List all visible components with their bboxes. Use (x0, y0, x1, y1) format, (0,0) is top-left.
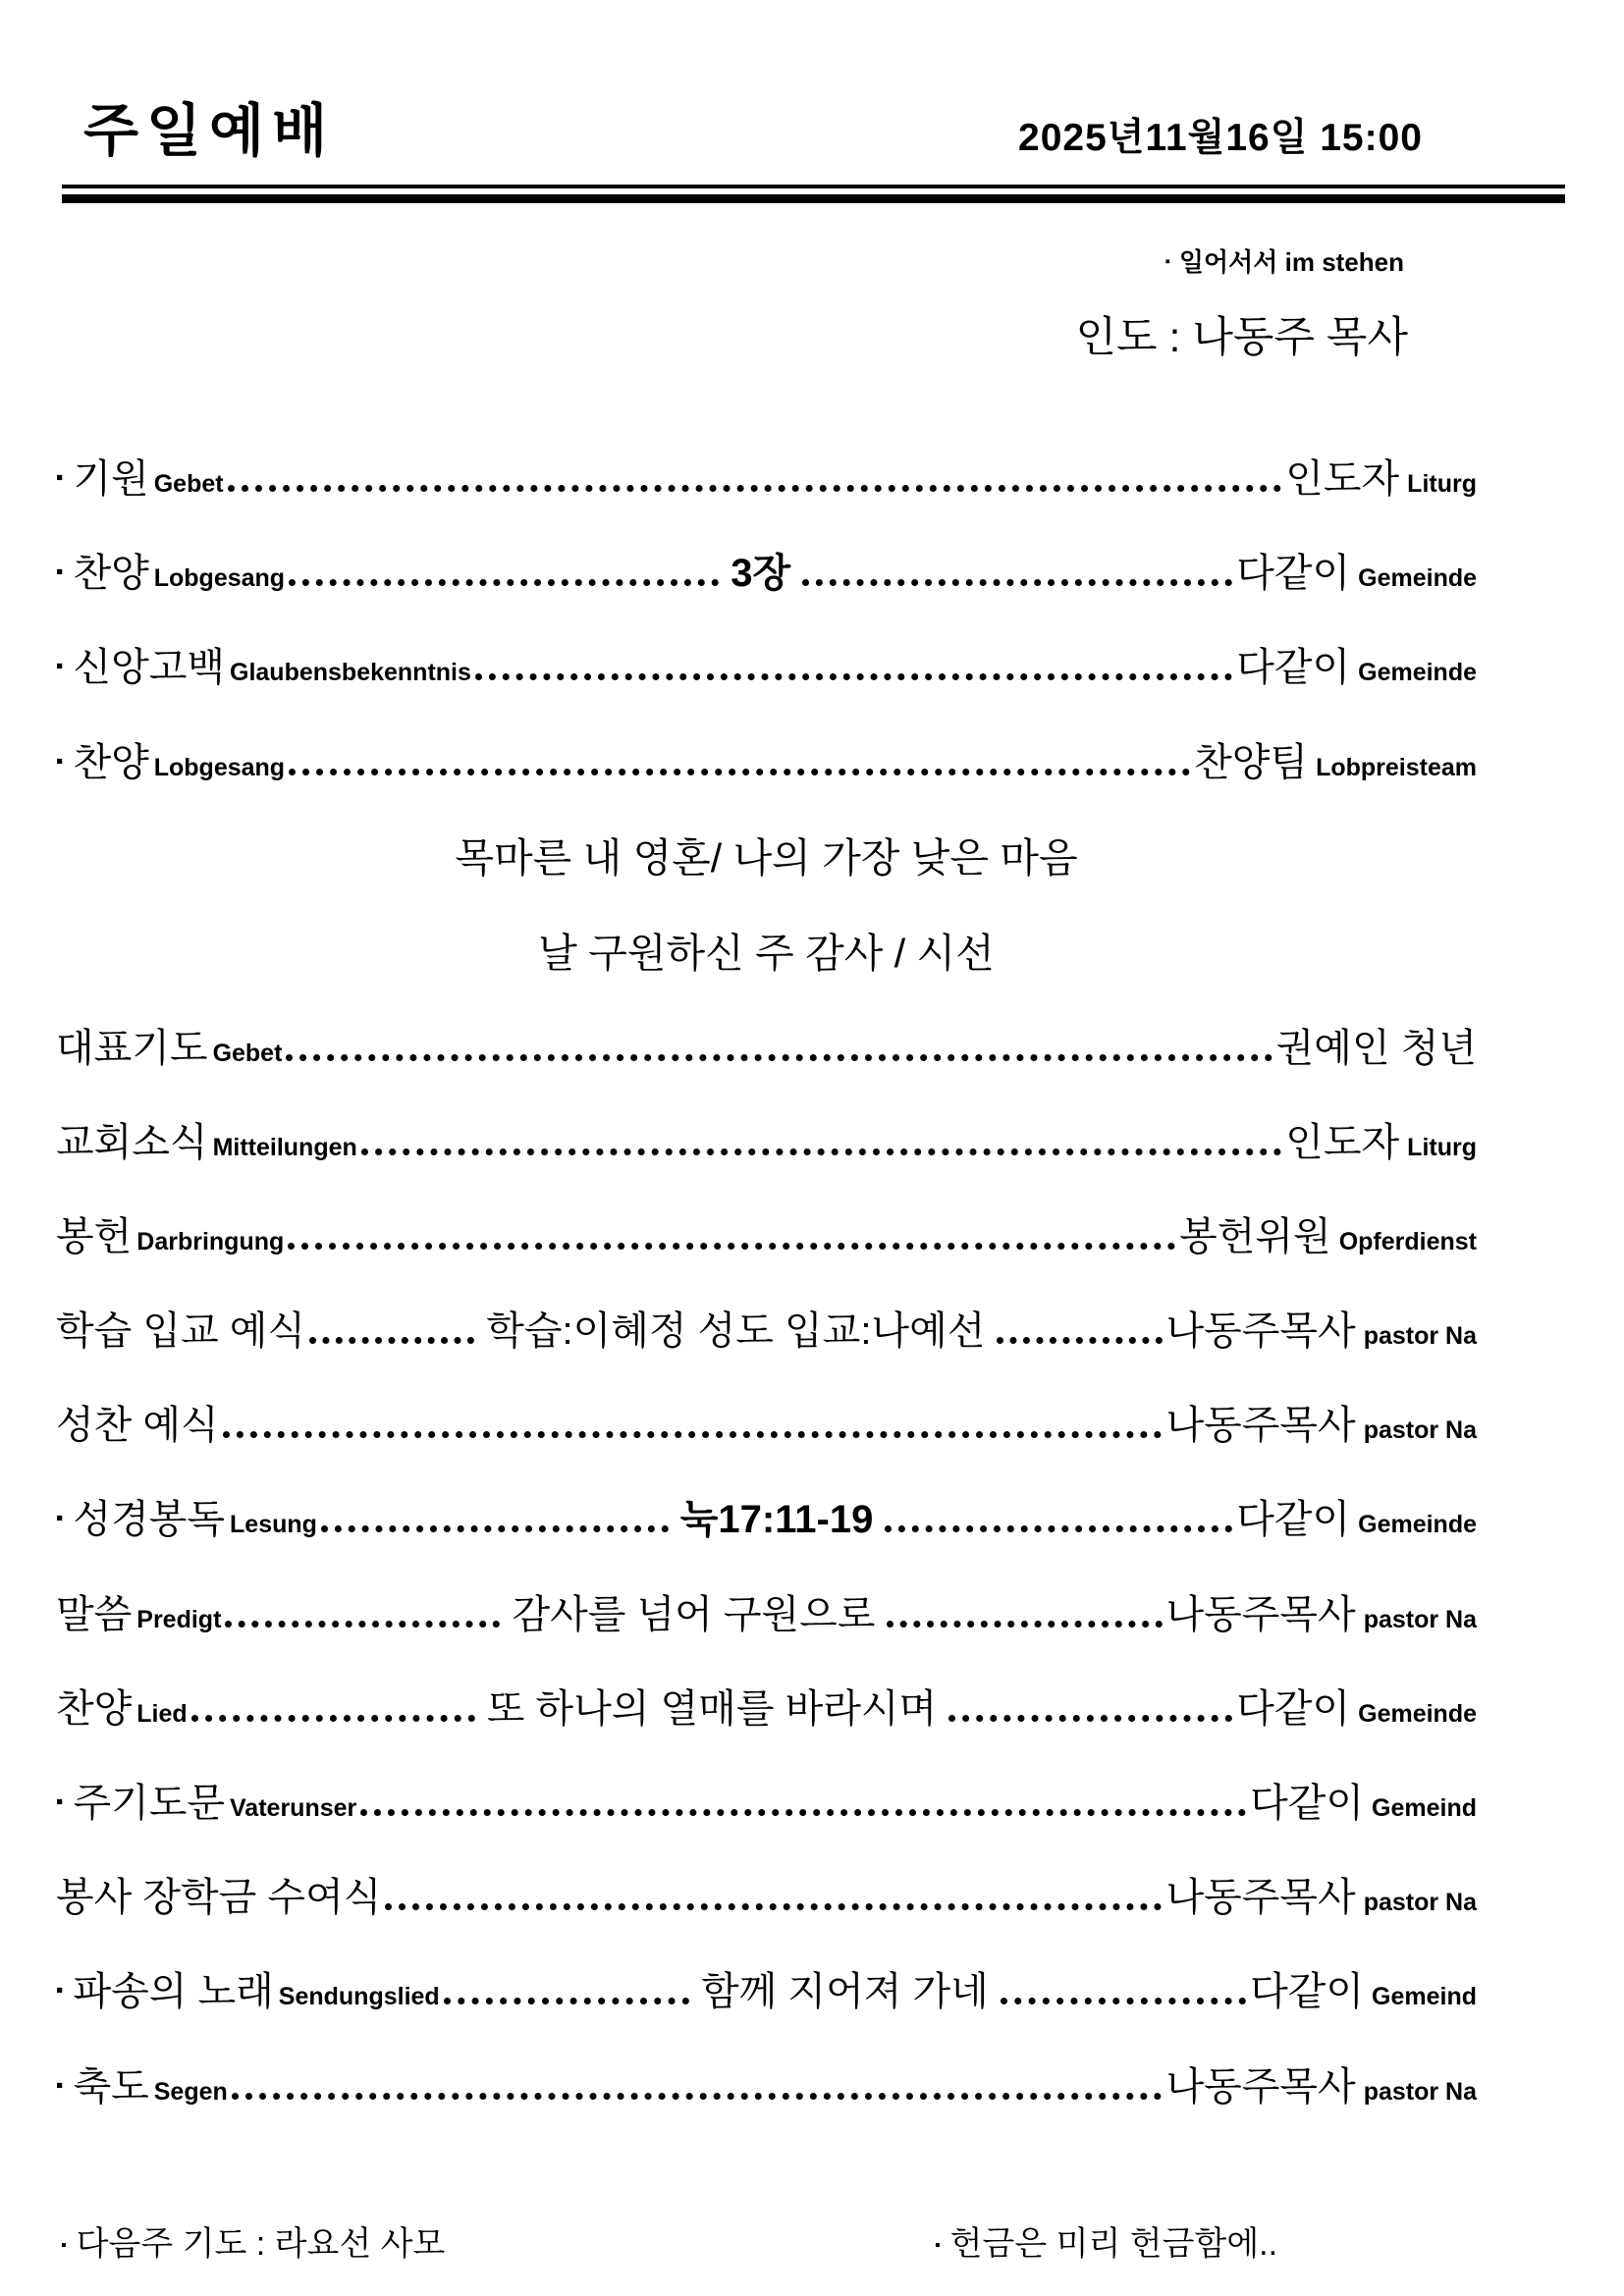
service-row: ▪ 신앙고백Glaubensbekenntnis 다같이Gemeinde (56, 645, 1477, 691)
item-label-korean: 교회소식 (56, 1121, 208, 1164)
item-performer: 찬양팀Lobpreisteam (1194, 740, 1477, 786)
bullet-square-icon: ▪ (56, 655, 63, 679)
dotted-leader (289, 769, 1190, 775)
dotted-leader (802, 579, 1232, 586)
service-row: ▪ 성경봉독Lesung 눅17:11-19 다같이Gemeinde (56, 1497, 1477, 1543)
next-week-prayer-text: 다음주 기도 : 라요선 사모 (77, 2225, 446, 2263)
item-performer: 다같이Gemeind (1250, 1969, 1477, 2015)
service-row: 대표기도Gebet 권예인 청년 (56, 1026, 1477, 1072)
item-label-korean: 성경봉독 (73, 1498, 225, 1541)
dotted-leader (223, 1431, 1163, 1438)
item-center-text: 학습:이혜정 성도 입교:나예선 (486, 1308, 985, 1355)
header: 주일예배 2025년11월16일 15:00 (0, 0, 1624, 167)
item-label-german: Segen (154, 2078, 228, 2106)
standing-note: ▪일어서서 im stehen (0, 242, 1624, 279)
service-leader-line: 인도 : 나동주 목사 (0, 304, 1624, 364)
performer-german: pastor Na (1364, 1606, 1477, 1633)
item-label-korean: 기원 (73, 457, 148, 501)
item-performer: 나동주목사pastor Na (1165, 2064, 1477, 2110)
performer-korean: 봉헌위원 (1179, 1215, 1331, 1258)
dotted-leader (887, 1621, 1162, 1628)
item-performer: 다같이Gemeind (1250, 1781, 1477, 1827)
bullet-square-icon: ▪ (935, 2237, 941, 2254)
performer-german: Gemeind (1372, 1983, 1477, 2010)
item-label-german: Gebet (154, 470, 224, 498)
item-label-german: Sendungslied (279, 1983, 440, 2010)
dotted-leader (286, 1054, 1272, 1061)
performer-german: Gemeinde (1358, 1511, 1477, 1538)
performer-german: pastor Na (1364, 1322, 1477, 1350)
item-label: 기원Gebet (73, 456, 223, 503)
dotted-leader (191, 1715, 475, 1722)
dotted-leader (321, 1525, 669, 1532)
performer-korean: 권예인 청년 (1276, 1027, 1477, 1070)
item-label-german: Glaubensbekenntnis (230, 659, 471, 686)
performer-german: Opferdienst (1339, 1228, 1477, 1255)
service-row: 교회소식Mitteilungen 인도자Liturg (56, 1120, 1477, 1166)
item-label-german: Darbringung (136, 1228, 284, 1255)
service-row: ▪ 주기도문Vaterunser 다같이Gemeind (56, 1781, 1477, 1827)
item-label-korean: 말씀 (56, 1593, 132, 1636)
performer-korean: 다같이 (1236, 552, 1350, 595)
performer-german: Liturg (1407, 470, 1477, 498)
bullet-square-icon: ▪ (56, 561, 63, 585)
item-label-korean: 찬양 (56, 1687, 132, 1731)
dotted-leader (309, 1337, 474, 1344)
song-title-line: 목마른 내 영혼/ 나의 가장 낮은 마음 (56, 834, 1477, 881)
item-label: 성경봉독Lesung (73, 1497, 316, 1543)
performer-korean: 나동주목사 (1165, 2065, 1355, 2109)
performer-german: pastor Na (1364, 1889, 1477, 1916)
header-double-rule (62, 185, 1565, 203)
dotted-leader (997, 1337, 1162, 1344)
item-label-korean: 찬양 (73, 552, 148, 595)
item-label-korean: 봉헌 (56, 1215, 132, 1258)
item-label-german: Lobgesang (154, 564, 285, 592)
bullet-square-icon: ▪ (56, 1979, 63, 2003)
item-label-korean: 신앙고백 (73, 646, 225, 689)
item-label: 봉사 장학금 수여식 (56, 1875, 381, 1921)
offering-note-text: 헌금은 미리 헌금함에.. (950, 2225, 1277, 2263)
bullet-square-icon: ▪ (56, 2074, 63, 2099)
bullet-square-icon: ▪ (56, 1507, 63, 1531)
item-performer: 나동주목사pastor Na (1165, 1875, 1477, 1921)
item-label: 파송의 노래Sendungslied (73, 1969, 439, 2015)
performer-german: Gemeinde (1358, 659, 1477, 686)
item-label-korean: 축도 (73, 2065, 148, 2109)
item-center-text: 함께 지어져 가네 (701, 1969, 989, 2015)
dotted-leader (444, 1998, 689, 2004)
dotted-leader (885, 1525, 1232, 1532)
performer-german: Gemeind (1372, 1794, 1477, 1822)
item-label-korean: 봉사 장학금 수여식 (56, 1876, 381, 1919)
service-row: 찬양Lied 또 하나의 열매를 바라시며 다같이Gemeinde (56, 1686, 1477, 1733)
bullet-square-icon: ▪ (56, 750, 63, 774)
item-label: 학습 입교 예식 (56, 1308, 305, 1355)
dotted-leader (225, 1621, 500, 1628)
item-label: 대표기도Gebet (56, 1026, 282, 1072)
performer-german: Gemeinde (1358, 1700, 1477, 1728)
performer-korean: 나동주목사 (1166, 1593, 1356, 1636)
performer-korean: 인도자 (1285, 1121, 1399, 1164)
item-performer: 인도자Liturg (1285, 1120, 1477, 1166)
item-center-text: 또 하나의 열매를 바라시며 (487, 1686, 937, 1733)
item-label-german: Vaterunser (230, 1794, 356, 1822)
service-row: ▪ 기원Gebet 인도자Liturg (56, 456, 1477, 503)
item-label: 축도Segen (73, 2064, 227, 2110)
item-label: 신앙고백Glaubensbekenntnis (73, 645, 470, 691)
item-label-korean: 주기도문 (73, 1782, 225, 1825)
item-performer: 다같이Gemeinde (1236, 551, 1477, 597)
service-row: 말씀Predigt 감사를 넘어 구원으로 나동주목사pastor Na (56, 1592, 1477, 1638)
service-row: 봉헌Darbringung 봉헌위원Opferdienst (56, 1214, 1477, 1260)
item-label: 성찬 예식 (56, 1403, 219, 1449)
item-label-german: Gebet (213, 1040, 283, 1067)
footer-notes: ▪다음주 기도 : 라요선 사모 ▪헌금은 미리 헌금함에.. (0, 2216, 1624, 2265)
dotted-leader (948, 1715, 1232, 1722)
performer-german: pastor Na (1364, 2078, 1477, 2106)
bullet-square-icon: ▪ (56, 1790, 63, 1815)
item-performer: 권예인 청년 (1276, 1026, 1477, 1072)
performer-german: Lobpreisteam (1316, 754, 1477, 781)
item-performer: 나동주목사pastor Na (1165, 1403, 1477, 1449)
performer-german: pastor Na (1364, 1416, 1477, 1444)
page-title: 주일예배 (83, 84, 335, 167)
performer-korean: 다같이 (1250, 1782, 1364, 1825)
performer-korean: 다같이 (1236, 646, 1350, 689)
performer-korean: 인도자 (1285, 457, 1399, 501)
service-row: ▪ 찬양Lobgesang 찬양팀Lobpreisteam (56, 740, 1477, 786)
service-row: 학습 입교 예식 학습:이혜정 성도 입교:나예선 나동주목사pastor Na (56, 1308, 1477, 1355)
item-label-german: Predigt (136, 1606, 221, 1633)
performer-german: Gemeinde (1358, 564, 1477, 592)
performer-korean: 다같이 (1236, 1687, 1350, 1731)
dotted-leader (475, 673, 1232, 680)
dotted-leader (228, 485, 1282, 492)
song-title-line: 날 구원하신 주 감사 / 시선 (56, 930, 1477, 977)
item-center-text: 3장 (731, 551, 790, 597)
bullet-square-icon: ▪ (1165, 253, 1170, 270)
item-label-korean: 파송의 노래 (73, 1970, 273, 2013)
item-label: 봉헌Darbringung (56, 1214, 284, 1260)
item-label-korean: 대표기도 (56, 1027, 208, 1070)
next-week-prayer-note: ▪다음주 기도 : 라요선 사모 (61, 2225, 445, 2263)
item-label: 교회소식Mitteilungen (56, 1120, 357, 1166)
item-label-korean: 성찬 예식 (56, 1404, 219, 1447)
dotted-leader (289, 579, 719, 586)
item-label: 찬양Lobgesang (73, 740, 285, 786)
service-row: ▪ 찬양Lobgesang 3장 다같이Gemeinde (56, 551, 1477, 597)
item-label-german: Lied (136, 1700, 187, 1728)
item-label-korean: 학습 입교 예식 (56, 1309, 305, 1353)
item-performer: 다같이Gemeinde (1236, 1497, 1477, 1543)
item-label-german: Mitteilungen (213, 1134, 357, 1161)
item-label: 찬양Lobgesang (73, 551, 285, 597)
dotted-leader (232, 2093, 1163, 2100)
scripture-reference: 눅17:11-19 (680, 1497, 874, 1543)
item-label-german: Lesung (230, 1511, 317, 1538)
performer-korean: 다같이 (1236, 1498, 1350, 1541)
order-of-service: ▪ 기원Gebet 인도자Liturg ▪ 찬양Lobgesang 3장 다같이… (56, 456, 1477, 2110)
item-performer: 인도자Liturg (1285, 456, 1477, 503)
item-label: 찬양Lied (56, 1686, 188, 1733)
dotted-leader (361, 1148, 1281, 1155)
service-row: 봉사 장학금 수여식 나동주목사pastor Na (56, 1875, 1477, 1921)
dotted-leader (1001, 1998, 1246, 2004)
item-label: 주기도문Vaterunser (73, 1781, 356, 1827)
performer-german: Liturg (1407, 1134, 1477, 1161)
dotted-leader (385, 1903, 1162, 1910)
item-label: 말씀Predigt (56, 1592, 221, 1638)
service-row: 성찬 예식 나동주목사pastor Na (56, 1403, 1477, 1449)
dotted-leader (360, 1809, 1246, 1816)
item-label-korean: 찬양 (73, 741, 148, 784)
service-row: ▪ 축도Segen 나동주목사pastor Na (56, 2064, 1477, 2110)
dotted-leader (288, 1243, 1175, 1250)
performer-korean: 나동주목사 (1165, 1876, 1355, 1919)
item-performer: 나동주목사pastor Na (1166, 1592, 1478, 1638)
bullet-square-icon: ▪ (56, 466, 63, 491)
performer-korean: 찬양팀 (1194, 741, 1308, 784)
performer-korean: 다같이 (1250, 1970, 1364, 2013)
item-label-german: Lobgesang (154, 754, 285, 781)
performer-korean: 나동주목사 (1166, 1309, 1356, 1353)
service-row: ▪ 파송의 노래Sendungslied 함께 지어져 가네 다같이Gemein… (56, 1969, 1477, 2015)
item-performer: 나동주목사pastor Na (1166, 1308, 1478, 1355)
standing-note-sub: im stehen (1285, 247, 1404, 277)
standing-note-text: 일어서서 (1179, 247, 1277, 277)
performer-korean: 나동주목사 (1165, 1404, 1355, 1447)
service-date: 2025년11월16일 15:00 (1018, 107, 1423, 162)
bullet-square-icon: ▪ (61, 2237, 67, 2254)
item-performer: 다같이Gemeinde (1236, 1686, 1477, 1733)
item-performer: 봉헌위원Opferdienst (1179, 1214, 1477, 1260)
offering-note: ▪헌금은 미리 헌금함에.. (935, 2216, 1277, 2265)
sermon-title: 감사를 넘어 구원으로 (512, 1592, 875, 1638)
item-performer: 다같이Gemeinde (1236, 645, 1477, 691)
